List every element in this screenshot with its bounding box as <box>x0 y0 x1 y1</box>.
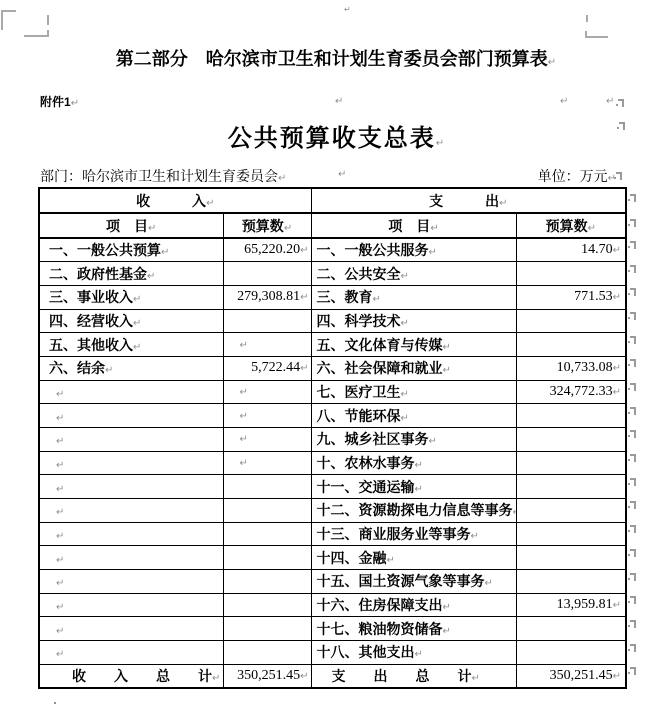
return-mark-icon: ↵ <box>443 626 451 637</box>
return-mark-icon: ↵ <box>499 198 507 209</box>
expense-item-cell-text: 三、教育 <box>317 289 373 305</box>
return-mark-icon: ↵ <box>56 649 64 660</box>
return-mark-icon: ↵ <box>606 96 614 107</box>
expense-item-cell: 十、农林水事务↵ <box>311 451 516 475</box>
return-mark-icon: ↵ <box>240 411 248 422</box>
expense-item-cell-text: 六、社会保障和就业 <box>317 360 443 376</box>
return-mark-icon: ↵ <box>56 555 64 566</box>
income-item-cell: 二、政府性基金↵ <box>39 262 223 286</box>
income-item-cell: ↵ <box>39 451 223 475</box>
page-edge-mark-icon <box>616 98 624 107</box>
income-item-cell: ↵ <box>39 617 223 641</box>
page-edge-mark-icon <box>628 264 636 273</box>
expense-item-cell-text: 五、文化体育与传媒 <box>317 337 443 353</box>
return-mark-icon: ↵ <box>401 271 409 282</box>
income-item-cell: 四、经营收入↵ <box>39 309 223 333</box>
return-mark-icon: ↵ <box>344 5 351 14</box>
expense-item-cell: 十三、商业服务业等事务↵ <box>311 522 516 546</box>
page-edge-mark-icon <box>628 287 636 296</box>
expense-total-label-text: 支 出 总 计 <box>332 668 472 684</box>
return-mark-icon: ↵ <box>240 387 248 398</box>
expense-item-cell-text: 八、节能环保 <box>317 408 401 424</box>
expense-item-cell: 六、社会保障和就业↵ <box>311 356 516 380</box>
expense-value-cell: 14.70↵ <box>516 238 626 262</box>
table-row: ↵十八、其他支出↵ <box>39 640 626 664</box>
income-value-cell <box>223 617 311 641</box>
income-item-cell: 一、一般公共预算↵ <box>39 238 223 262</box>
expense-value-cell: 324,772.33↵ <box>516 380 626 404</box>
page-edge-mark-icon <box>628 619 636 628</box>
expense-item-cell-text: 十一、交通运输 <box>317 479 415 495</box>
expense-value-cell <box>516 475 626 499</box>
page-edge-mark-icon <box>614 171 622 180</box>
expense-value-cell <box>516 569 626 593</box>
income-item-cell: ↵ <box>39 640 223 664</box>
crop-mark-top-right-tick <box>586 15 588 22</box>
return-mark-icon: ↵ <box>240 458 248 469</box>
expense-item-cell-text: 十八、其他支出 <box>317 644 415 660</box>
table-row: 二、政府性基金↵二、公共安全↵ <box>39 262 626 286</box>
expense-item-cell: 十六、住房保障支出↵ <box>311 593 516 617</box>
income-item-cell: ↵ <box>39 546 223 570</box>
return-mark-icon: ↵ <box>56 460 64 471</box>
income-value-cell <box>223 569 311 593</box>
col-header-text: 项 目 <box>388 218 430 234</box>
page-edge-mark-icon <box>628 500 636 509</box>
expense-value-cell-text: 14.70 <box>581 242 613 257</box>
income-section-header: 收 入↵ <box>39 188 311 213</box>
table-row: 五、其他收入↵↵五、文化体育与传媒↵ <box>39 333 626 357</box>
return-mark-icon: ↵ <box>471 531 479 542</box>
department-label: 部门：哈尔滨市卫生和计划生育委员会↵ <box>40 166 286 186</box>
income-value-cell <box>223 498 311 522</box>
return-mark-icon: ↵ <box>56 531 64 542</box>
page-edge-mark-icon <box>628 453 636 462</box>
income-value-cell <box>223 546 311 570</box>
income-item-cell-text: 一、一般公共预算 <box>49 242 161 258</box>
col-header-text: 预算数 <box>546 218 588 234</box>
expense-item-cell-text: 十六、住房保障支出 <box>317 597 443 613</box>
col-header-text: 预算数 <box>242 218 284 234</box>
expense-total-value: 350,251.45↵ <box>516 664 626 688</box>
expense-item-cell: 五、文化体育与传媒↵ <box>311 333 516 357</box>
expense-item-cell-text: 十二、资源勘探电力信息等事务 <box>317 502 513 518</box>
return-mark-icon: ↵ <box>335 96 343 107</box>
expense-item-cell-text: 一、一般公共服务 <box>317 242 429 258</box>
expense-item-cell: 十二、资源勘探电力信息等事务↵ <box>311 498 516 522</box>
expense-item-cell: 十一、交通运输↵ <box>311 475 516 499</box>
return-mark-icon: ↵ <box>415 460 423 471</box>
return-mark-icon: ↵ <box>56 626 64 637</box>
page-edge-mark-icon <box>628 335 636 344</box>
expense-item-cell-text: 四、科学技术 <box>317 313 401 329</box>
page-edge-mark-icon <box>628 666 636 675</box>
page-edge-mark-icon <box>628 643 636 652</box>
return-mark-icon: ↵ <box>56 578 64 589</box>
attachment-label-text: 附件1 <box>40 95 71 109</box>
section-header-row: 收 入↵ 支 出↵ <box>39 188 626 213</box>
return-mark-icon: ↵ <box>401 318 409 329</box>
income-item-cell: ↵ <box>39 522 223 546</box>
return-mark-icon: ↵ <box>443 342 451 353</box>
page-edge-mark-icon <box>617 121 625 130</box>
table-row: ↵↵九、城乡社区事务↵ <box>39 427 626 451</box>
return-mark-icon: ↵ <box>443 602 451 613</box>
expense-item-cell-text: 十三、商业服务业等事务 <box>317 526 471 542</box>
expense-item-cell: 九、城乡社区事务↵ <box>311 427 516 451</box>
col-header-text: 项 目 <box>106 218 148 234</box>
income-value-cell: ↵ <box>223 333 311 357</box>
crop-mark-top-left <box>47 30 49 37</box>
income-item-cell-text: 四、经营收入 <box>49 313 133 329</box>
expense-item-col-header: 项 目↵ <box>311 213 516 238</box>
income-item-cell: 六、结余↵ <box>39 356 223 380</box>
total-row: 收 入 总 计↵ 350,251.45↵ 支 出 总 计↵ 350,251.45… <box>39 664 626 688</box>
income-value-cell: ↵ <box>223 404 311 428</box>
table-row: 三、事业收入↵279,308.81↵三、教育↵771.53↵ <box>39 285 626 309</box>
return-mark-icon: ↵ <box>613 387 621 398</box>
return-mark-icon: ↵ <box>472 673 480 684</box>
income-value-cell: 5,722.44↵ <box>223 356 311 380</box>
expense-item-cell: 三、教育↵ <box>311 285 516 309</box>
budget-table: 收 入↵ 支 出↵ 项 目↵ 预算数↵ 项 目↵ 预算数↵ 一、一般公共预算↵6… <box>38 187 627 689</box>
expense-value-cell <box>516 427 626 451</box>
income-value-cell: 65,220.20↵ <box>223 238 311 262</box>
return-mark-icon: ↵ <box>284 223 292 234</box>
expense-item-cell-text: 七、医疗卫生 <box>317 384 401 400</box>
expense-value-cell <box>516 262 626 286</box>
return-mark-icon: ↵ <box>401 389 409 400</box>
expense-value-cell <box>516 309 626 333</box>
expense-value-cell-text: 10,733.08 <box>557 360 613 375</box>
expense-value-cell <box>516 333 626 357</box>
expense-value-cell: 10,733.08↵ <box>516 356 626 380</box>
return-mark-icon: ↵ <box>240 340 248 351</box>
income-value-cell <box>223 522 311 546</box>
return-mark-icon: ↵ <box>436 138 444 149</box>
page-edge-mark-icon <box>628 240 636 249</box>
income-value-cell: 279,308.81↵ <box>223 285 311 309</box>
income-item-col-header: 项 目↵ <box>39 213 223 238</box>
income-item-cell: 三、事业收入↵ <box>39 285 223 309</box>
income-value-cell: ↵ <box>223 427 311 451</box>
table-row: 四、经营收入↵四、科学技术↵ <box>39 309 626 333</box>
return-mark-icon: ↵ <box>613 363 621 374</box>
expense-item-cell-text: 十、农林水事务 <box>317 455 415 471</box>
income-value-cell <box>223 593 311 617</box>
return-mark-icon: ↵ <box>206 198 214 209</box>
table-row: ↵十五、国土资源气象等事务↵ <box>39 569 626 593</box>
income-total-label: 收 入 总 计↵ <box>39 664 223 688</box>
return-mark-icon: ↵ <box>338 169 346 180</box>
expense-value-cell-text: 324,772.33 <box>550 384 613 399</box>
return-mark-icon: ↵ <box>613 245 621 256</box>
page-edge-mark-icon <box>628 406 636 415</box>
return-mark-icon: ↵ <box>56 436 64 447</box>
income-value-cell <box>223 262 311 286</box>
return-mark-icon: ↵ <box>513 507 517 518</box>
return-mark-icon: ↵ <box>300 363 308 374</box>
income-value-cell: ↵ <box>223 451 311 475</box>
expense-item-cell-text: 十五、国土资源气象等事务 <box>317 573 485 589</box>
expense-item-cell: 十四、金融↵ <box>311 546 516 570</box>
return-mark-icon: ↵ <box>415 649 423 660</box>
return-mark-icon: ↵ <box>613 292 621 303</box>
return-mark-icon: ↵ <box>415 484 423 495</box>
return-mark-icon: ↵ <box>148 223 156 234</box>
expense-value-cell <box>516 522 626 546</box>
page-corner-mark <box>1 10 3 30</box>
income-value-cell-text: 65,220.20 <box>244 242 300 257</box>
table-row: ↵↵七、医疗卫生↵324,772.33↵ <box>39 380 626 404</box>
table-row: 一、一般公共预算↵65,220.20↵一、一般公共服务↵14.70↵ <box>39 238 626 262</box>
expense-item-cell-text: 十四、金融 <box>317 550 387 566</box>
return-mark-icon: ↵ <box>105 365 113 376</box>
page-edge-mark-icon <box>628 311 636 320</box>
return-mark-icon: ↵ <box>613 600 621 611</box>
return-mark-icon: ↵ <box>161 247 169 258</box>
expense-item-cell: 七、医疗卫生↵ <box>311 380 516 404</box>
table-row: ↵十二、资源勘探电力信息等事务↵ <box>39 498 626 522</box>
expense-item-cell-text: 十七、粮油物资储备 <box>317 621 443 637</box>
return-mark-icon: ↵ <box>387 555 395 566</box>
income-item-cell: 五、其他收入↵ <box>39 333 223 357</box>
income-item-cell-text: 三、事业收入 <box>49 289 133 305</box>
return-mark-icon: ↵ <box>430 223 438 234</box>
expense-value-cell: 771.53↵ <box>516 285 626 309</box>
income-item-cell: ↵ <box>39 475 223 499</box>
return-mark-icon: ↵ <box>71 98 79 109</box>
income-section-header-text: 收 入 <box>136 193 206 209</box>
crop-mark-top-left <box>24 35 49 37</box>
return-mark-icon: ↵ <box>212 673 220 684</box>
return-mark-icon: ↵ <box>429 247 437 258</box>
page-edge-mark-icon <box>628 429 636 438</box>
table-row: 六、结余↵5,722.44↵六、社会保障和就业↵10,733.08↵ <box>39 356 626 380</box>
page-edge-mark-icon <box>628 218 636 227</box>
page-edge-mark-icon <box>628 193 636 202</box>
income-item-cell: ↵ <box>39 569 223 593</box>
return-mark-icon: ↵ <box>300 245 308 256</box>
income-item-cell: ↵ <box>39 404 223 428</box>
department-label-text: 部门：哈尔滨市卫生和计划生育委员会 <box>40 168 278 184</box>
expense-value-cell-text: 13,959.81 <box>557 597 613 612</box>
unit-label: 单位：万元↵ <box>538 166 616 186</box>
income-value-cell <box>223 309 311 333</box>
return-mark-icon: ↵ <box>147 271 155 282</box>
table-row: ↵十六、住房保障支出↵13,959.81↵ <box>39 593 626 617</box>
column-header-row: 项 目↵ 预算数↵ 项 目↵ 预算数↵ <box>39 213 626 238</box>
income-item-cell: ↵ <box>39 593 223 617</box>
expense-value-cell-text: 771.53 <box>574 289 613 304</box>
return-mark-icon: ↵ <box>560 96 568 107</box>
return-mark-icon: ↵ <box>133 342 141 353</box>
expense-item-cell: 一、一般公共服务↵ <box>311 238 516 262</box>
expense-item-cell: 十五、国土资源气象等事务↵ <box>311 569 516 593</box>
expense-item-cell: 八、节能环保↵ <box>311 404 516 428</box>
bottom-left-dot <box>54 702 56 704</box>
expense-value-cell <box>516 404 626 428</box>
page-edge-mark-icon <box>628 477 636 486</box>
unit-label-text: 单位：万元 <box>538 168 608 184</box>
expense-section-header-text: 支 出 <box>429 193 499 209</box>
return-mark-icon: ↵ <box>278 173 286 184</box>
income-item-cell-text: 六、结余 <box>49 360 105 376</box>
return-mark-icon: ↵ <box>300 671 308 682</box>
part-title: 第二部分 哈尔滨市卫生和计划生育委员会部门预算表↵ <box>0 45 672 71</box>
word-document-page: { "page": { "part_title": "第二部分 哈尔滨市卫生和计… <box>0 0 672 706</box>
expense-value-cell <box>516 451 626 475</box>
expense-item-cell: 二、公共安全↵ <box>311 262 516 286</box>
return-mark-icon: ↵ <box>485 578 493 589</box>
table-row: ↵↵十、农林水事务↵ <box>39 451 626 475</box>
income-item-cell-text: 五、其他收入 <box>49 337 133 353</box>
expense-total-label: 支 出 总 计↵ <box>311 664 516 688</box>
return-mark-icon: ↵ <box>429 436 437 447</box>
table-row: ↵十三、商业服务业等事务↵ <box>39 522 626 546</box>
table-row: ↵十一、交通运输↵ <box>39 475 626 499</box>
return-mark-icon: ↵ <box>588 223 596 234</box>
expense-value-cell <box>516 640 626 664</box>
expense-value-cell: 13,959.81↵ <box>516 593 626 617</box>
page-edge-mark-icon <box>628 572 636 581</box>
return-mark-icon: ↵ <box>373 294 381 305</box>
table-row: ↵↵八、节能环保↵ <box>39 404 626 428</box>
expense-total-value-text: 350,251.45 <box>550 668 613 683</box>
income-value-cell-text: 5,722.44 <box>251 360 300 375</box>
return-mark-icon: ↵ <box>300 292 308 303</box>
attachment-label: 附件1↵ <box>40 93 79 110</box>
page-edge-mark-icon <box>628 595 636 604</box>
return-mark-icon: ↵ <box>613 671 621 682</box>
income-item-cell: ↵ <box>39 498 223 522</box>
expense-item-cell: 四、科学技术↵ <box>311 309 516 333</box>
table-row: ↵十七、粮油物资储备↵ <box>39 617 626 641</box>
income-total-value-text: 350,251.45 <box>237 668 300 683</box>
expense-item-cell-text: 九、城乡社区事务 <box>317 431 429 447</box>
income-item-cell: ↵ <box>39 380 223 404</box>
return-mark-icon: ↵ <box>56 389 64 400</box>
income-total-value: 350,251.45↵ <box>223 664 311 688</box>
expense-item-cell: 十七、粮油物资储备↵ <box>311 617 516 641</box>
table-row: ↵十四、金融↵ <box>39 546 626 570</box>
return-mark-icon: ↵ <box>56 602 64 613</box>
income-value-cell: ↵ <box>223 380 311 404</box>
income-item-cell-text: 二、政府性基金 <box>49 266 147 282</box>
return-mark-icon: ↵ <box>133 294 141 305</box>
expense-section-header: 支 出↵ <box>311 188 626 213</box>
return-mark-icon: ↵ <box>133 318 141 329</box>
page-edge-mark-icon <box>628 382 636 391</box>
return-mark-icon: ↵ <box>401 413 409 424</box>
document-title-text: 公共预算收支总表 <box>228 125 436 152</box>
return-mark-icon: ↵ <box>548 57 556 68</box>
page-edge-mark-icon <box>628 524 636 533</box>
return-mark-icon: ↵ <box>56 507 64 518</box>
income-value-cell-text: 279,308.81 <box>237 289 300 304</box>
expense-budget-col-header: 预算数↵ <box>516 213 626 238</box>
expense-value-cell <box>516 546 626 570</box>
expense-value-cell <box>516 617 626 641</box>
crop-mark-top-left-tick <box>47 15 49 25</box>
income-budget-col-header: 预算数↵ <box>223 213 311 238</box>
page-corner-mark <box>1 10 16 12</box>
expense-value-cell <box>516 498 626 522</box>
page-edge-mark-icon <box>628 358 636 367</box>
part-title-text: 第二部分 哈尔滨市卫生和计划生育委员会部门预算表 <box>116 49 548 69</box>
page-edge-mark-icon <box>628 548 636 557</box>
expense-item-cell: 十八、其他支出↵ <box>311 640 516 664</box>
return-mark-icon: ↵ <box>240 434 248 445</box>
return-mark-icon: ↵ <box>56 413 64 424</box>
return-mark-icon: ↵ <box>56 484 64 495</box>
document-title: 公共预算收支总表↵ <box>0 118 672 153</box>
income-total-label-text: 收 入 总 计 <box>72 668 212 684</box>
return-mark-icon: ↵ <box>443 365 451 376</box>
income-value-cell <box>223 475 311 499</box>
expense-item-cell-text: 二、公共安全 <box>317 266 401 282</box>
crop-mark-top-right <box>585 36 608 38</box>
income-item-cell: ↵ <box>39 427 223 451</box>
income-value-cell <box>223 640 311 664</box>
